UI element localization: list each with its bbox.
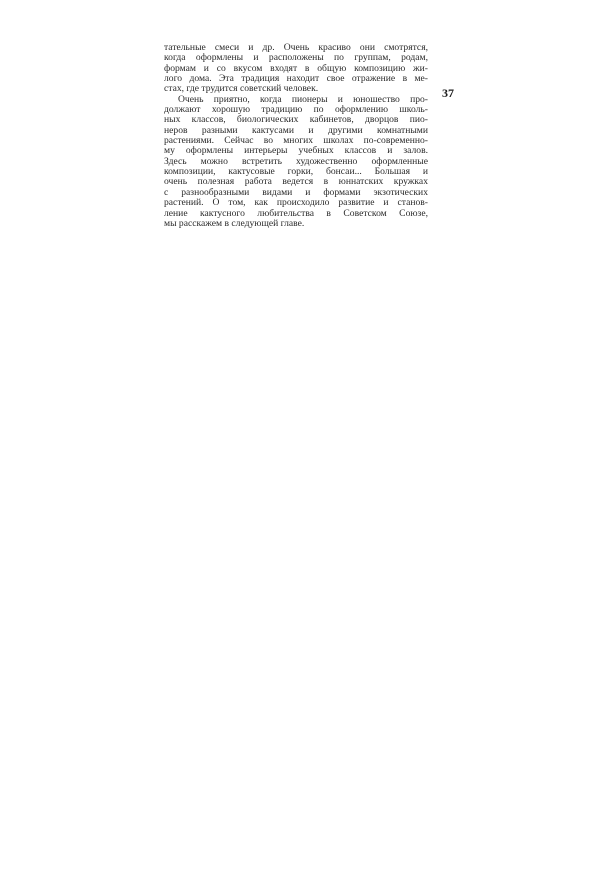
text-line: растений. О том, как происходило развити… [164,198,428,208]
body-text: тательные смеси и др. Очень красиво они … [164,43,428,229]
paragraph-2: Очень приятно, когда пионеры и юношество… [164,95,428,229]
page-number: 37 [442,86,454,101]
paragraph-1: тательные смеси и др. Очень красиво они … [164,43,428,95]
book-page: тательные смеси и др. Очень красиво они … [0,0,600,884]
text-line: мы расскажем в следующей главе. [164,219,428,229]
